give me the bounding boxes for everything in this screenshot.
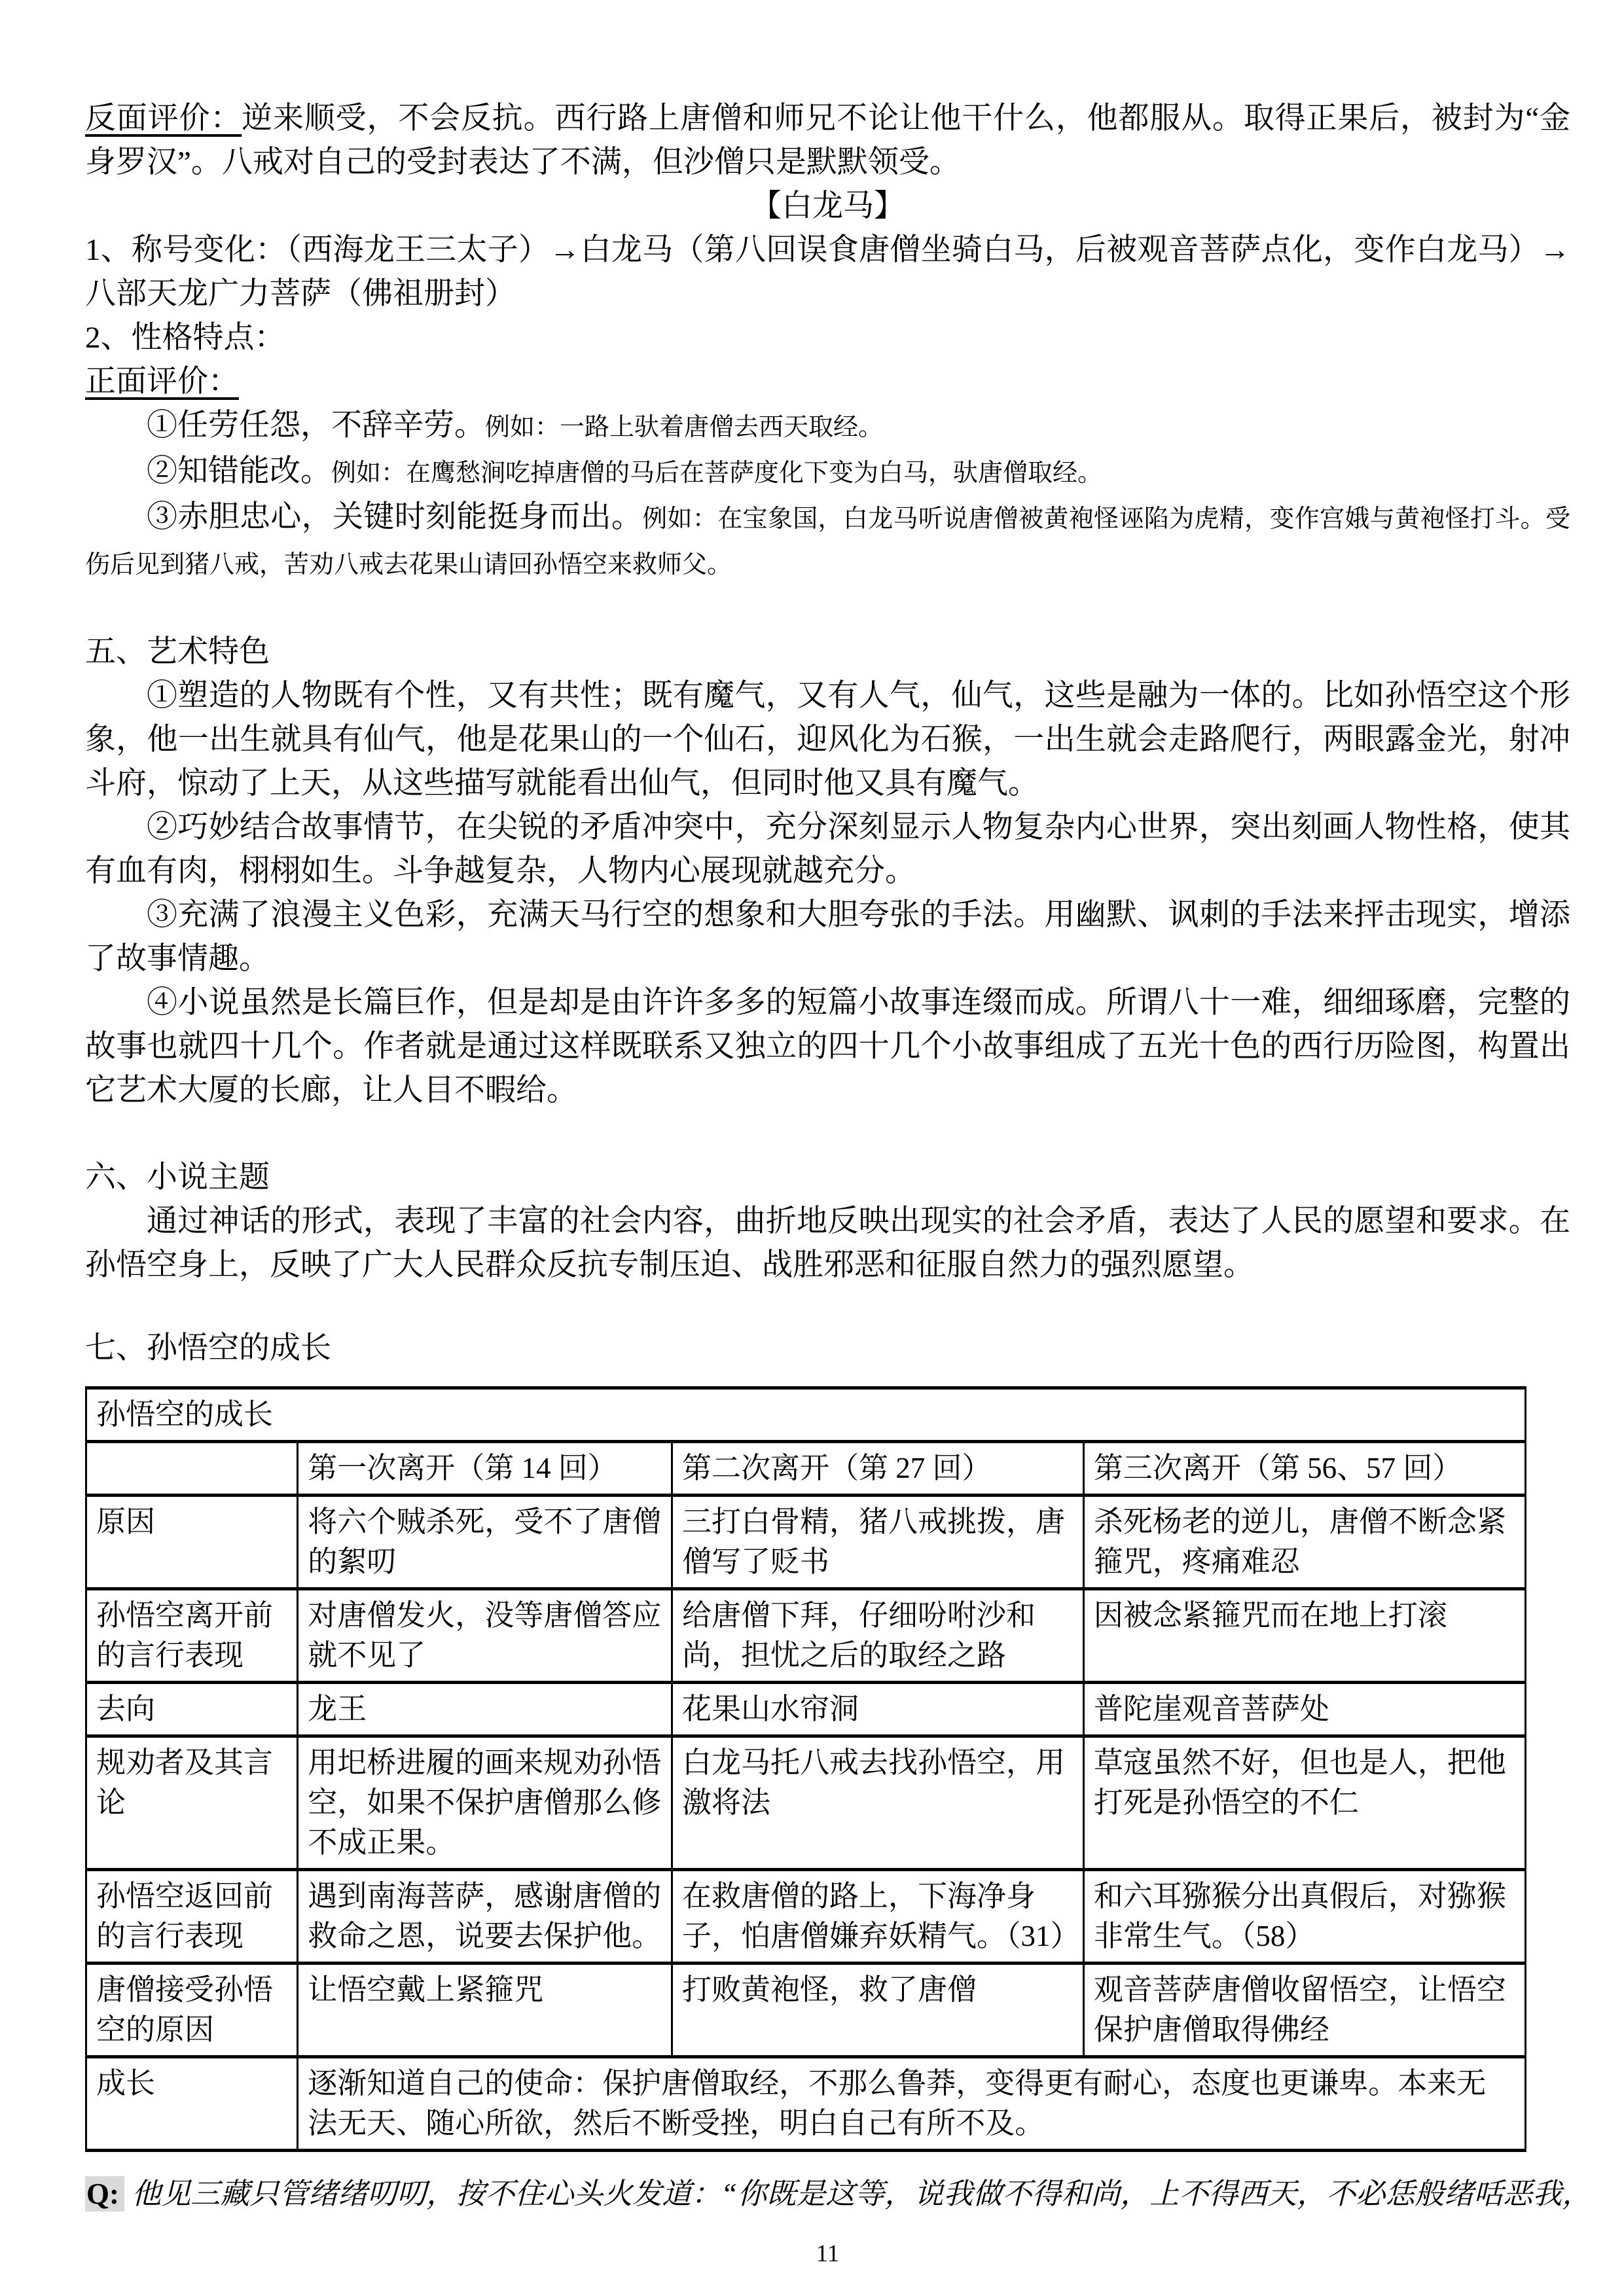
trait-main: ③赤胆忠心，关键时刻能挺身而出。: [147, 500, 642, 534]
table-title: 孙悟空的成长: [86, 1388, 1526, 1442]
table-cell: 因被念紧箍咒而在地上打滚: [1083, 1589, 1525, 1683]
table-cell: 对唐僧发火，没等唐僧答应就不见了: [298, 1589, 672, 1683]
table-row-growth: 成长 逐渐知道自己的使命：保护唐僧取经，不那么鲁莽，变得更有耐心，态度也更谦卑。…: [86, 2057, 1526, 2151]
question-line: Q: 他见三藏只管绪绪叨叨，按不住心头火发道：“你既是这等，说我做不得和尚，上不…: [85, 2173, 1570, 2215]
section7-heading: 七、孙悟空的成长: [85, 1327, 1570, 1371]
growth-table: 孙悟空的成长 第一次离开（第 14 回） 第二次离开（第 27 回） 第三次离开…: [85, 1386, 1526, 2152]
trait-example: 例如：在鹰愁涧吃掉唐僧的马后在菩萨度化下变为白马，驮唐僧取经。: [331, 459, 1102, 487]
table-title-row: 孙悟空的成长: [86, 1388, 1526, 1442]
table-row-behavior-before-leaving: 孙悟空离开前的言行表现 对唐僧发火，没等唐僧答应就不见了 给唐僧下拜，仔细吩咐沙…: [86, 1589, 1526, 1683]
table-row-behavior-before-return: 孙悟空返回前的言行表现 遇到南海菩萨，感谢唐僧的救命之恩，说要去保护他。 在救唐…: [86, 1870, 1526, 1964]
table-cell: 杀死杨老的逆儿，唐僧不断念紧箍咒，疼痛难忍: [1083, 1496, 1525, 1589]
table-header-cell-third-departure: 第三次离开（第 56、57 回）: [1083, 1442, 1525, 1496]
section5-paragraph-2: ②巧妙结合故事情节，在尖锐的矛盾冲突中，充分深刻显示人物复杂内心世界，突出刻画人…: [85, 806, 1570, 893]
row-label: 唐僧接受孙悟空的原因: [86, 1964, 298, 2057]
table-cell: 给唐僧下拜，仔细吩咐沙和尚，担忧之后的取经之路: [672, 1589, 1083, 1683]
table-cell: 观音菩萨唐僧收留悟空，让悟空保护唐僧取得佛经: [1083, 1964, 1525, 2057]
table-cell: 普陀崖观音菩萨处: [1083, 1683, 1525, 1736]
table-header-row: 第一次离开（第 14 回） 第二次离开（第 27 回） 第三次离开（第 56、5…: [86, 1442, 1526, 1496]
table-cell: 花果山水帘洞: [672, 1683, 1083, 1736]
paragraph-positive-evaluation: 正面评价：: [85, 360, 1570, 404]
question-text: 他见三藏只管绪绪叨叨，按不住心头火发道：“你既是这等，说我做不得和尚，上不得西天…: [132, 2178, 1570, 2210]
table-cell-growth: 逐渐知道自己的使命：保护唐僧取经，不那么鲁莽，变得更有耐心，态度也更谦卑。本来无…: [298, 2057, 1526, 2151]
row-label: 规劝者及其言论: [86, 1736, 298, 1870]
table-cell: 三打白骨精，猪八戒挑拨，唐僧写了贬书: [672, 1496, 1083, 1589]
table-cell: 用圯桥进履的画来规劝孙悟空，如果不保护唐僧那么修不成正果。: [298, 1736, 672, 1870]
table-header-cell-empty: [86, 1442, 298, 1496]
paragraph-title-changes: 1、称号变化：（西海龙王三太子）→白龙马（第八回误食唐僧坐骑白马，后被观音菩萨点…: [85, 228, 1570, 316]
section6-paragraph: 通过神话的形式，表现了丰富的社会内容，曲折地反映出现实的社会矛盾，表达了人民的愿…: [85, 1200, 1570, 1287]
section5-paragraph-4: ④小说虽然是长篇巨作，但是却是由许许多多的短篇小故事连缀而成。所谓八十一难，细细…: [85, 981, 1570, 1113]
table-row-persuader: 规劝者及其言论 用圯桥进履的画来规劝孙悟空，如果不保护唐僧那么修不成正果。 白龙…: [86, 1736, 1526, 1870]
section5-paragraph-1: ①塑造的人物既有个性，又有共性；既有魔气，又有人气，仙气，这些是融为一体的。比如…: [85, 674, 1570, 806]
table-header-cell-first-departure: 第一次离开（第 14 回）: [298, 1442, 672, 1496]
bailongma-heading: 【白龙马】: [85, 185, 1570, 228]
page-number: 11: [85, 2232, 1570, 2276]
section5-heading: 五、艺术特色: [85, 630, 1570, 674]
table-cell: 白龙马托八戒去找孙悟空，用激将法: [672, 1736, 1083, 1870]
trait-item-2: ②知错能改。例如：在鹰愁涧吃掉唐僧的马后在菩萨度化下变为白马，驮唐僧取经。: [85, 450, 1570, 495]
table-cell: 草寇虽然不好，但也是人，把他打死是孙悟空的不仁: [1083, 1736, 1525, 1870]
row-label: 去向: [86, 1683, 298, 1736]
trait-item-3: ③赤胆忠心，关键时刻能挺身而出。例如：在宝象国，白龙马听说唐僧被黄袍怪诬陷为虎精…: [85, 495, 1570, 587]
table-row-acceptance-reason: 唐僧接受孙悟空的原因 让悟空戴上紧箍咒 打败黄袍怪，救了唐僧 观音菩萨唐僧收留悟…: [86, 1964, 1526, 2057]
section6-heading: 六、小说主题: [85, 1156, 1570, 1200]
row-label: 孙悟空离开前的言行表现: [86, 1589, 298, 1683]
table-header-cell-second-departure: 第二次离开（第 27 回）: [672, 1442, 1083, 1496]
positive-evaluation-label: 正面评价：: [85, 365, 239, 399]
section5-paragraph-3: ③充满了浪漫主义色彩，充满天马行空的想象和大胆夸张的手法。用幽默、讽刺的手法来抨…: [85, 893, 1570, 981]
trait-main: ②知错能改。: [147, 454, 331, 488]
table-row-destination: 去向 龙王 花果山水帘洞 普陀崖观音菩萨处: [86, 1683, 1526, 1736]
paragraph-personality-label: 2、性格特点：: [85, 316, 1570, 360]
trait-main: ①任劳任怨，不辞辛劳。: [147, 408, 485, 442]
question-label: Q:: [85, 2176, 124, 2212]
negative-evaluation-text: 逆来顺受，不会反抗。西行路上唐僧和师兄不论让他干什么，他都服从。取得正果后，被封…: [85, 101, 1570, 179]
table-cell: 在救唐僧的路上，下海净身子，怕唐僧嫌弃妖精气。（31）: [672, 1870, 1083, 1964]
table-cell: 和六耳猕猴分出真假后，对猕猴非常生气。（58）: [1083, 1870, 1525, 1964]
document-page: 反面评价：逆来顺受，不会反抗。西行路上唐僧和师兄不论让他干什么，他都服从。取得正…: [0, 0, 1624, 2296]
negative-evaluation-label: 反面评价：: [85, 101, 242, 135]
table-cell: 将六个贼杀死，受不了唐僧的絮叨: [298, 1496, 672, 1589]
table-row-reason: 原因 将六个贼杀死，受不了唐僧的絮叨 三打白骨精，猪八戒挑拨，唐僧写了贬书 杀死…: [86, 1496, 1526, 1589]
row-label: 原因: [86, 1496, 298, 1589]
trait-example: 例如：一路上驮着唐僧去西天取经。: [485, 414, 883, 441]
table-cell: 遇到南海菩萨，感谢唐僧的救命之恩，说要去保护他。: [298, 1870, 672, 1964]
table-cell: 让悟空戴上紧箍咒: [298, 1964, 672, 2057]
trait-item-1: ①任劳任怨，不辞辛劳。例如：一路上驮着唐僧去西天取经。: [85, 404, 1570, 450]
row-label: 成长: [86, 2057, 298, 2151]
table-cell: 龙王: [298, 1683, 672, 1736]
paragraph-negative-evaluation: 反面评价：逆来顺受，不会反抗。西行路上唐僧和师兄不论让他干什么，他都服从。取得正…: [85, 97, 1570, 185]
row-label: 孙悟空返回前的言行表现: [86, 1870, 298, 1964]
table-cell: 打败黄袍怪，救了唐僧: [672, 1964, 1083, 2057]
